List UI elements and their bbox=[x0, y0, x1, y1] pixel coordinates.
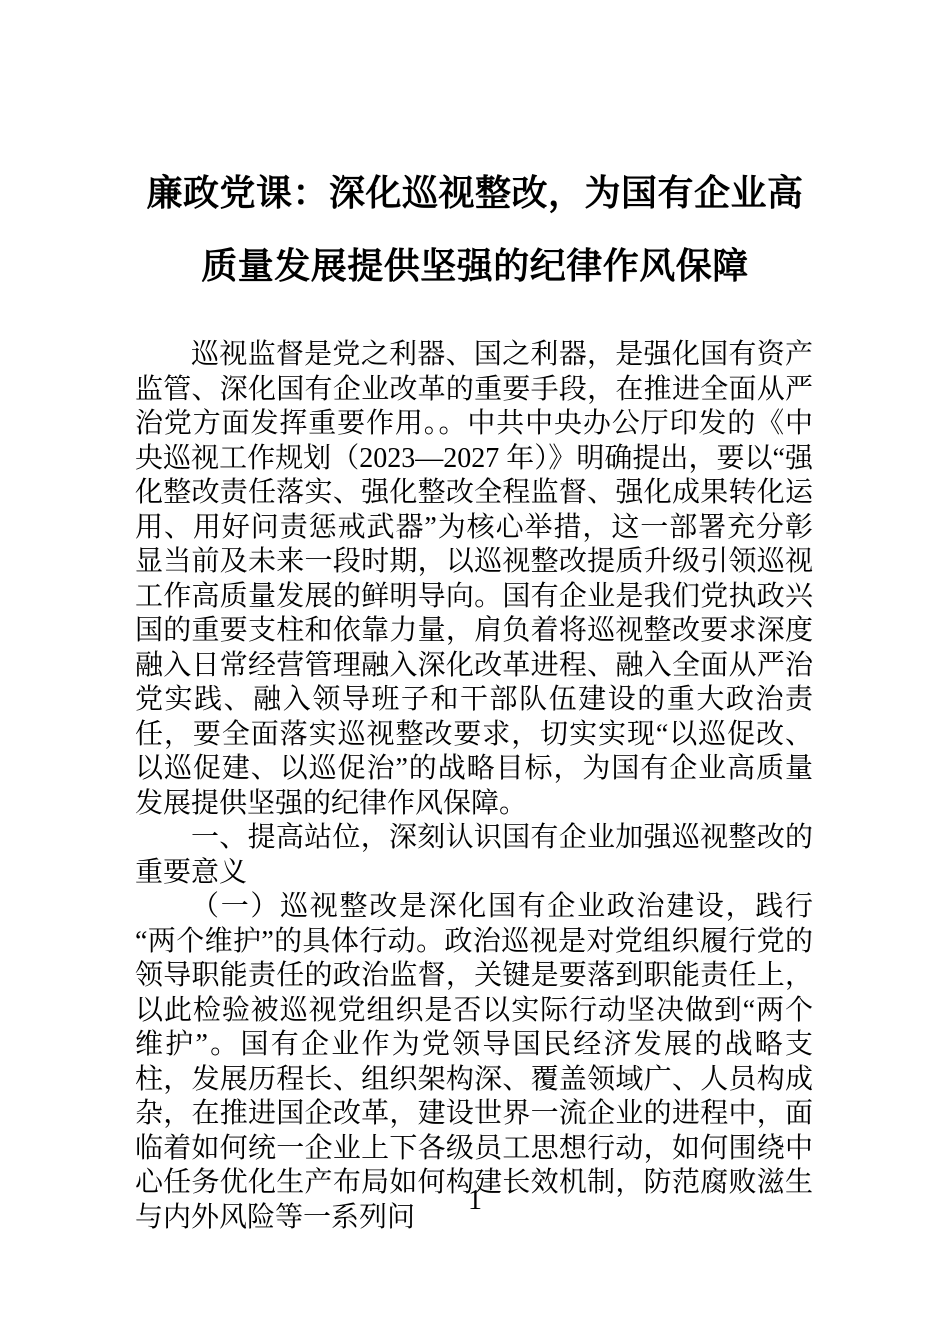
document-title-line: 质量发展提供坚强的纪律作风保障 bbox=[135, 230, 815, 303]
page-number: 1 bbox=[0, 1184, 950, 1218]
document-title-line: 廉政党课：深化巡视整改，为国有企业高 bbox=[135, 157, 815, 230]
document-page: 廉政党课：深化巡视整改，为国有企业高 质量发展提供坚强的纪律作风保障 巡视监督是… bbox=[0, 0, 950, 1344]
body-paragraph: 巡视监督是党之利器、国之利器，是强化国有资产监管、深化国有企业改革的重要手段，在… bbox=[135, 338, 813, 821]
document-title: 廉政党课：深化巡视整改，为国有企业高 质量发展提供坚强的纪律作风保障 bbox=[135, 157, 815, 303]
document-body: 巡视监督是党之利器、国之利器，是强化国有资产监管、深化国有企业改革的重要手段，在… bbox=[135, 338, 813, 1235]
section-heading: 一、提高站位，深刻认识国有企业加强巡视整改的重要意义 bbox=[135, 821, 813, 890]
